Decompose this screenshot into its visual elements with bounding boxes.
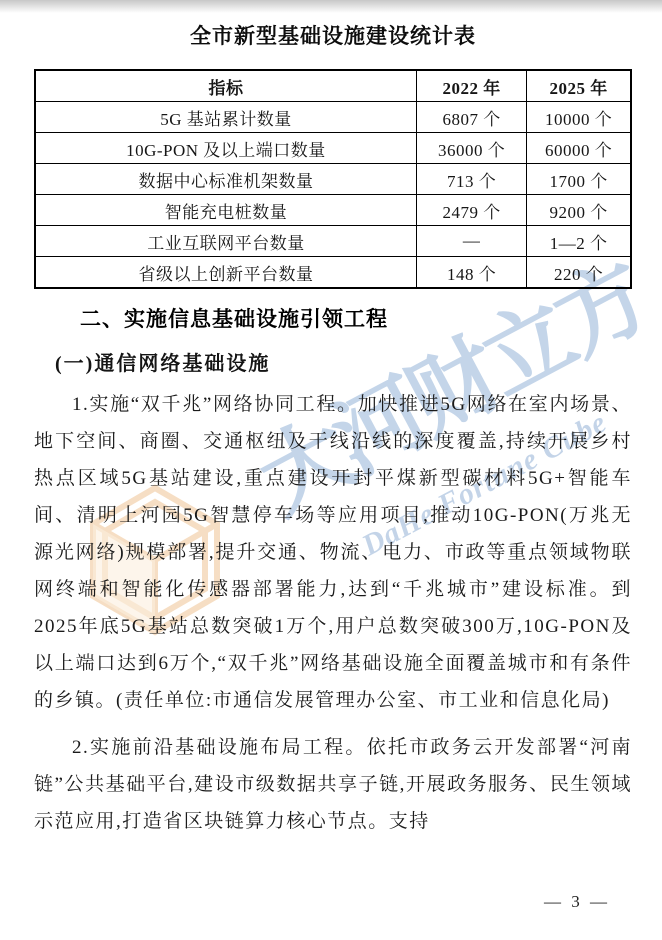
- table-row: 5G 基站累计数量 6807 个 10000 个: [35, 102, 631, 133]
- table-cell: 10000 个: [527, 102, 631, 133]
- header-indicator: 指标: [35, 70, 416, 102]
- page-number: — 3 —: [544, 892, 610, 912]
- table-cell: 工业互联网平台数量: [35, 226, 416, 257]
- section-heading-level2: (一)通信网络基础设施: [55, 347, 632, 376]
- scan-edge-shade: [0, 0, 662, 13]
- table-cell: 1700 个: [527, 164, 631, 195]
- document-content: 全市新型基础设施建设统计表 指标 2022 年 2025 年 5G 基站累计数量…: [34, 20, 632, 840]
- table-cell: 220 个: [527, 257, 631, 289]
- section-heading-level1: 二、实施信息基础设施引领工程: [80, 303, 632, 333]
- table-row: 工业互联网平台数量 — 1—2 个: [35, 226, 631, 257]
- statistics-table: 指标 2022 年 2025 年 5G 基站累计数量 6807 个 10000 …: [34, 69, 632, 289]
- table-cell: 9200 个: [527, 195, 631, 226]
- header-2022: 2022 年: [416, 70, 526, 102]
- table-header-row: 指标 2022 年 2025 年: [35, 70, 631, 102]
- table-row: 省级以上创新平台数量 148 个 220 个: [35, 257, 631, 289]
- table-cell: 148 个: [416, 257, 526, 289]
- table-cell: 2479 个: [416, 195, 526, 226]
- document-page: 大河财立方 DaHe Fortune Cube 全市新型基础设施建设统计表 指标…: [0, 0, 662, 940]
- table-cell: 6807 个: [416, 102, 526, 133]
- table-row: 数据中心标准机架数量 713 个 1700 个: [35, 164, 631, 195]
- table-cell: 智能充电桩数量: [35, 195, 416, 226]
- table-cell: 1—2 个: [527, 226, 631, 257]
- table-cell: 60000 个: [527, 133, 631, 164]
- table-cell: 数据中心标准机架数量: [35, 164, 416, 195]
- body-paragraph-2: 2.实施前沿基础设施布局工程。依托市政务云开发部署“河南链”公共基础平台,建设市…: [34, 729, 632, 840]
- table-row: 智能充电桩数量 2479 个 9200 个: [35, 195, 631, 226]
- table-title: 全市新型基础设施建设统计表: [34, 20, 632, 50]
- header-2025: 2025 年: [527, 70, 631, 102]
- table-cell: —: [416, 226, 526, 257]
- table-cell: 省级以上创新平台数量: [35, 257, 416, 289]
- table-cell: 713 个: [416, 164, 526, 195]
- table-cell: 10G-PON 及以上端口数量: [35, 133, 416, 164]
- body-paragraph-1: 1.实施“双千兆”网络协同工程。加快推进5G网络在室内场景、地下空间、商圈、交通…: [34, 386, 632, 719]
- table-cell: 36000 个: [416, 133, 526, 164]
- table-row: 10G-PON 及以上端口数量 36000 个 60000 个: [35, 133, 631, 164]
- table-cell: 5G 基站累计数量: [35, 102, 416, 133]
